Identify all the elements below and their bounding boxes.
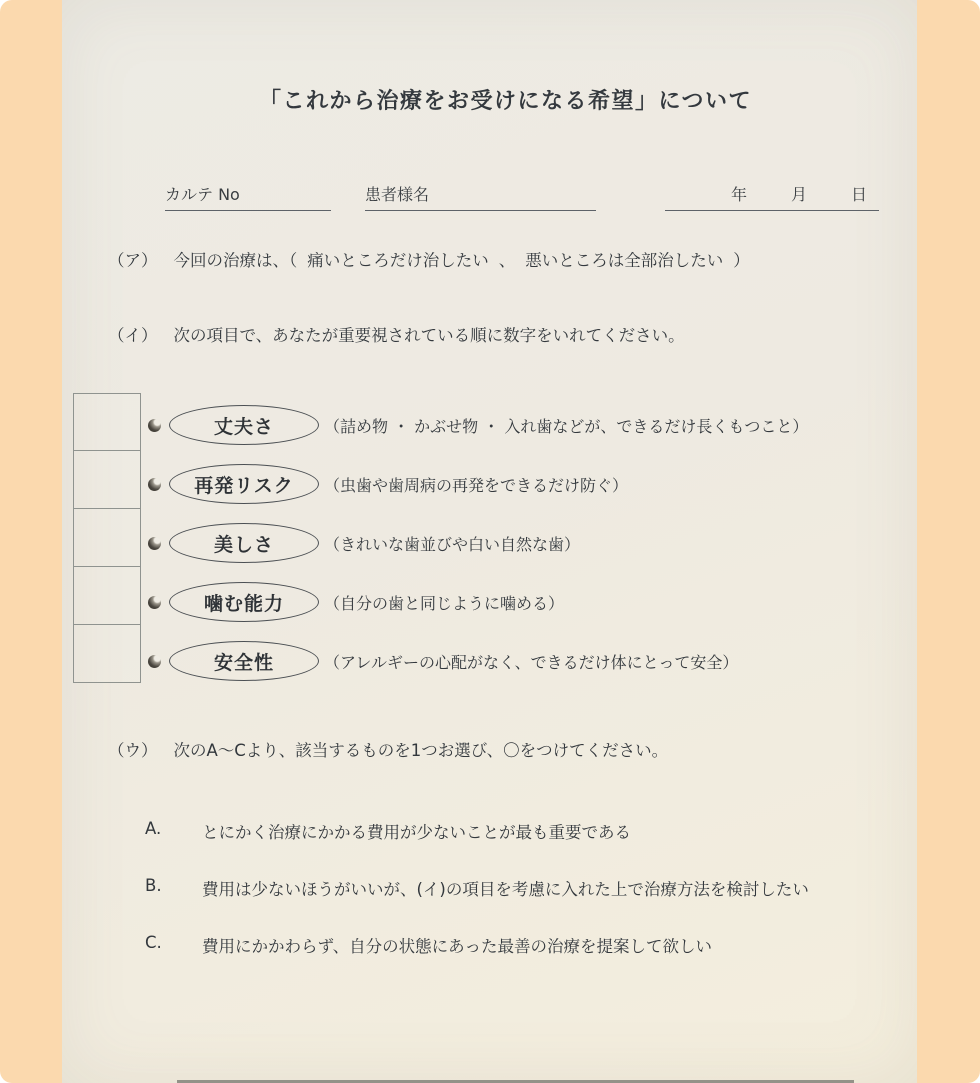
rank-input-box-3[interactable] [73,509,141,567]
abc-options-list: A. とにかく治療にかかる費用が少ないことが最も重要である B. 費用は少ないほ… [145,819,809,990]
option-c-key: C. [145,933,202,957]
list-item: 噛む能力 （自分の歯と同じように噛める） [148,580,808,624]
section-a-choice-2[interactable]: 悪いところは全部治したい [525,251,723,270]
section-a-lead: 今回の治療は、（ [174,251,298,270]
item-oval-label: 安全性 [169,641,319,681]
option-c[interactable]: C. 費用にかかわらず、自分の状態にあった最善の治療を提案して欲しい [145,933,809,957]
option-a-text: とにかく治療にかかる費用が少ないことが最も重要である [202,819,631,843]
option-b-text: 費用は少ないほうがいいが、(イ)の項目を考慮に入れた上で治療方法を検討したい [202,876,809,900]
option-b-key: B. [145,876,202,900]
option-a[interactable]: A. とにかく治療にかかる費用が少ないことが最も重要である [145,819,809,843]
rank-box-column [73,393,141,683]
list-item: 美しさ （きれいな歯並びや白い自然な歯） [148,521,808,565]
paper-sheet: 「これから治療をお受けになる希望」について カルテ No 患者様名 年 月 日 … [62,0,917,1083]
sphere-bullet-icon [148,537,161,550]
sphere-bullet-icon [148,478,161,491]
item-oval-label: 丈夫さ [169,405,319,445]
item-description: （詰め物 ・ かぶせ物 ・ 入れ歯などが、できるだけ長くもつこと） [324,414,808,437]
rank-input-box-4[interactable] [73,567,141,625]
section-a-close: ） [733,251,750,270]
sphere-bullet-icon [148,596,161,609]
section-u-text: 次のA～Cより、該当するものを1つお選び、〇をつけてください。 [174,741,669,760]
item-description: （自分の歯と同じように噛める） [324,591,564,614]
section-u-line: （ウ）次のA～Cより、該当するものを1つお選び、〇をつけてください。 [108,737,668,761]
month-label: 月 [791,182,807,205]
section-a-choice-1[interactable]: 痛いところだけ治したい [307,251,489,270]
list-item: 安全性 （アレルギーの心配がなく、できるだけ体にとって安全） [148,639,808,683]
option-c-text: 費用にかかわらず、自分の状態にあった最善の治療を提案して欲しい [202,933,712,957]
section-a-line: （ア）今回の治療は、（痛いところだけ治したい、悪いところは全部治したい） [108,247,750,271]
date-field[interactable]: 年 月 日 [665,182,879,211]
sphere-bullet-icon [148,655,161,668]
rank-input-box-5[interactable] [73,625,141,683]
list-item: 再発リスク （虫歯や歯周病の再発をできるだけ防ぐ） [148,462,808,506]
year-label: 年 [731,182,747,205]
list-item: 丈夫さ （詰め物 ・ かぶせ物 ・ 入れ歯などが、できるだけ長くもつこと） [148,403,808,447]
sphere-bullet-icon [148,419,161,432]
patient-name-label: 患者様名 [365,185,429,204]
section-a-separator: 、 [499,251,516,270]
item-description: （虫歯や歯周病の再発をできるだけ防ぐ） [324,473,628,496]
section-u-prefix: （ウ） [108,741,158,760]
item-oval-label: 噛む能力 [169,582,319,622]
patient-name-field[interactable]: 患者様名 [365,182,596,211]
section-i-line: （イ）次の項目で、あなたが重要視されている順に数字をいれてください。 [108,322,685,346]
section-i-text: 次の項目で、あなたが重要視されている順に数字をいれてください。 [174,326,685,345]
item-description: （アレルギーの心配がなく、できるだけ体にとって安全） [324,650,738,673]
rank-input-box-1[interactable] [73,393,141,451]
day-label: 日 [851,182,867,205]
section-i-prefix: （イ） [108,326,158,345]
item-description: （きれいな歯並びや白い自然な歯） [324,532,580,555]
chart-number-field[interactable]: カルテ No [165,182,331,211]
rank-input-box-2[interactable] [73,451,141,509]
option-b[interactable]: B. 費用は少ないほうがいいが、(イ)の項目を考慮に入れた上で治療方法を検討した… [145,876,809,900]
item-oval-label: 美しさ [169,523,319,563]
form-title: 「これから治療をお受けになる希望」について [78,84,933,115]
priority-items-list: 丈夫さ （詰め物 ・ かぶせ物 ・ 入れ歯などが、できるだけ長くもつこと） 再発… [148,403,808,698]
section-a-prefix: （ア） [108,251,158,270]
option-a-key: A. [145,819,202,843]
item-oval-label: 再発リスク [169,464,319,504]
chart-number-label: カルテ No [165,185,240,204]
photo-canvas: 「これから治療をお受けになる希望」について カルテ No 患者様名 年 月 日 … [0,0,980,1083]
